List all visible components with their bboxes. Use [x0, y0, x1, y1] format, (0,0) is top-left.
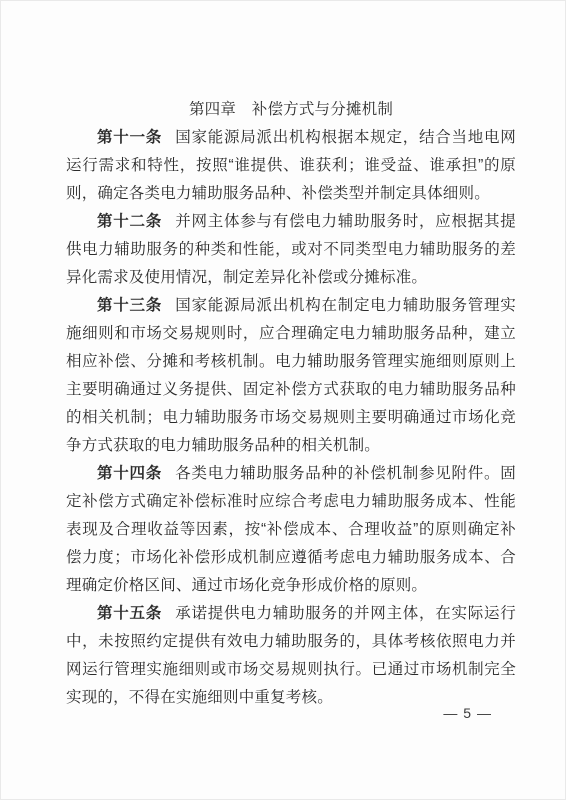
article-paragraph: 第十二条并网主体参与有偿电力辅助服务时，应根据其提供电力辅助服务的种类和性能，或…: [66, 208, 516, 292]
chapter-heading: 第四章 补偿方式与分摊机制: [66, 96, 516, 124]
article-number: 第十一条: [97, 129, 162, 146]
article-number: 第十三条: [97, 297, 162, 314]
page-number: — 5 —: [443, 703, 492, 723]
article-paragraph: 第十一条国家能源局派出机构根据本规定，结合当地电网运行需求和特性，按照“谁提供、…: [66, 124, 516, 208]
article-paragraph: 第十三条国家能源局派出机构在制定电力辅助服务管理实施细则和市场交易规则时，应合理…: [66, 292, 516, 460]
article-number: 第十四条: [97, 465, 162, 482]
document-page: 第四章 补偿方式与分摊机制 第十一条国家能源局派出机构根据本规定，结合当地电网运…: [0, 0, 566, 800]
article-text: 国家能源局派出机构在制定电力辅助服务管理实施细则和市场交易规则时，应合理确定电力…: [66, 297, 516, 454]
article-text: 各类电力辅助服务品种的补偿机制参见附件。固定补偿方式确定补偿标准时应综合考虑电力…: [66, 465, 516, 594]
article-paragraph: 第十四条各类电力辅助服务品种的补偿机制参见附件。固定补偿方式确定补偿标准时应综合…: [66, 460, 516, 600]
article-paragraph: 第十五条承诺提供电力辅助服务的并网主体，在实际运行中，未按照约定提供有效电力辅助…: [66, 600, 516, 712]
article-number: 第十二条: [97, 213, 162, 230]
article-number: 第十五条: [97, 605, 162, 622]
page-content: 第四章 补偿方式与分摊机制 第十一条国家能源局派出机构根据本规定，结合当地电网运…: [66, 96, 516, 712]
